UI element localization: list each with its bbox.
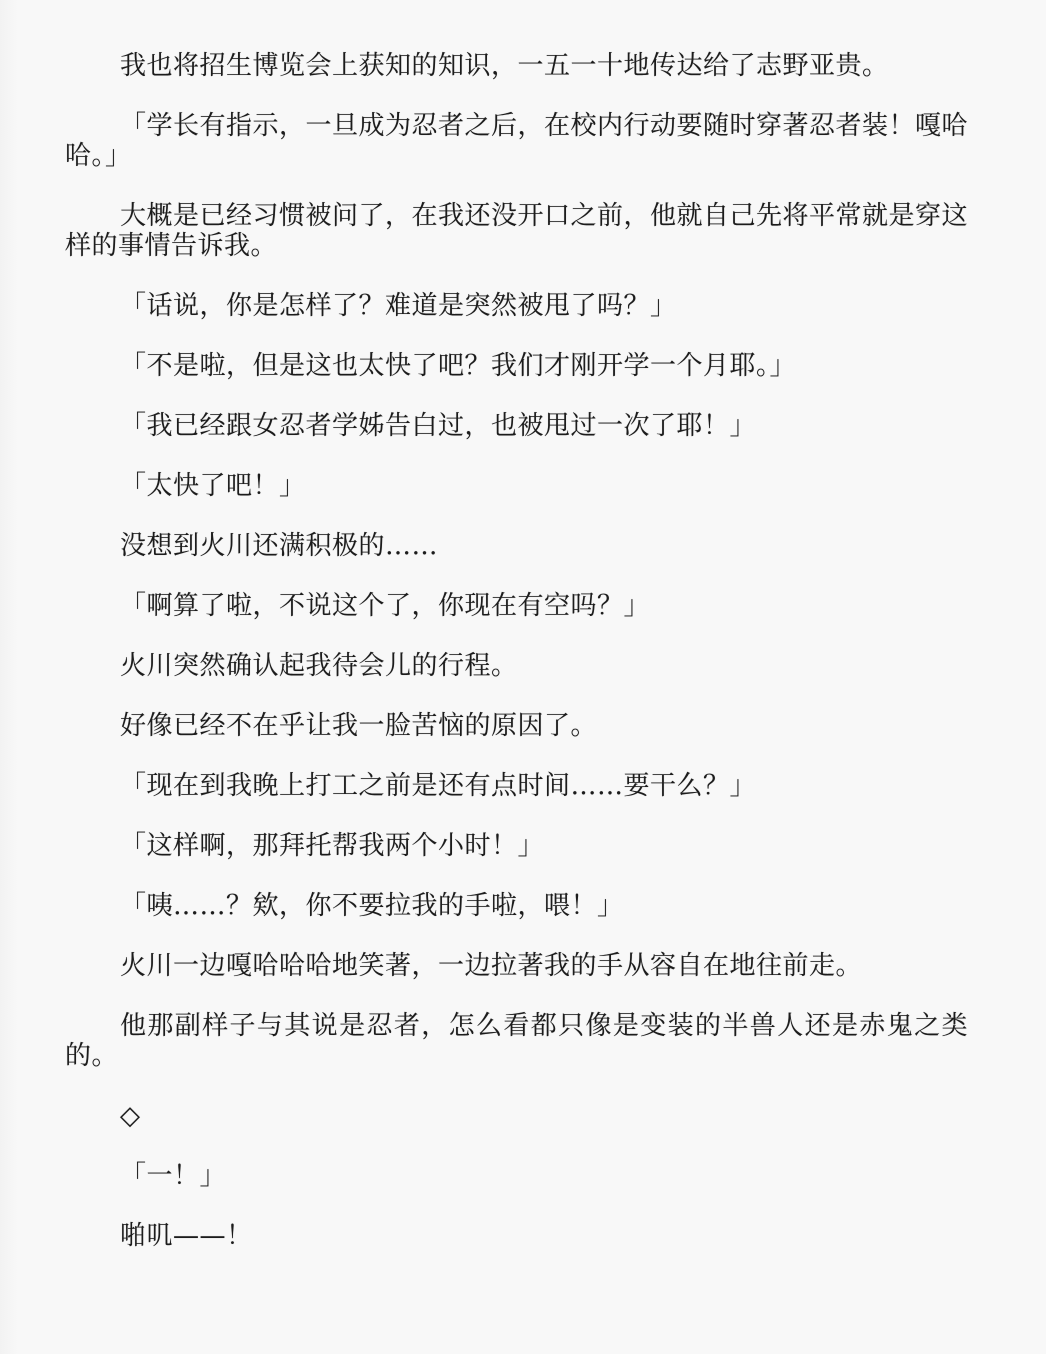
paragraph-9-dialogue: 「啊算了啦，不说这个了，你现在有空吗？」 bbox=[65, 591, 968, 621]
paragraph-1-narration: 我也将招生博览会上获知的知识，一五一十地传达给了志野亚贵。 bbox=[65, 51, 968, 81]
paragraph-12-dialogue: 「现在到我晚上打工之前是还有点时间……要干么？」 bbox=[65, 771, 968, 801]
paragraph-14-dialogue: 「咦……？欸，你不要拉我的手啦，喂！」 bbox=[65, 891, 968, 921]
paragraph-15-narration: 火川一边嘎哈哈哈地笑著，一边拉著我的手从容自在地往前走。 bbox=[65, 951, 968, 981]
paragraph-3-narration: 大概是已经习惯被问了，在我还没开口之前，他就自己先将平常就是穿这样的事情告诉我。 bbox=[65, 201, 968, 261]
paragraph-11-narration: 好像已经不在乎让我一脸苦恼的原因了。 bbox=[65, 711, 968, 741]
paragraph-5-dialogue: 「不是啦，但是这也太快了吧？我们才刚开学一个月耶。」 bbox=[65, 351, 968, 381]
paragraph-2-dialogue: 「学长有指示，一旦成为忍者之后，在校内行动要随时穿著忍者装！嘎哈哈。」 bbox=[65, 111, 968, 171]
paragraph-13-dialogue: 「这样啊，那拜托帮我两个小时！」 bbox=[65, 831, 968, 861]
text-column: 我也将招生博览会上获知的知识，一五一十地传达给了志野亚贵。「学长有指示，一旦成为… bbox=[65, 51, 968, 1251]
paragraph-6-dialogue: 「我已经跟女忍者学姊告白过，也被甩过一次了耶！」 bbox=[65, 411, 968, 441]
paragraph-16-narration: 他那副样子与其说是忍者，怎么看都只像是变装的半兽人还是赤鬼之类的。 bbox=[65, 1011, 968, 1071]
paragraph-8-narration: 没想到火川还满积极的…… bbox=[65, 531, 968, 561]
paragraph-17-scene-break: ◇ bbox=[65, 1101, 968, 1131]
paragraph-10-narration: 火川突然确认起我待会儿的行程。 bbox=[65, 651, 968, 681]
novel-page: 我也将招生博览会上获知的知识，一五一十地传达给了志野亚贵。「学长有指示，一旦成为… bbox=[0, 0, 1046, 1354]
paragraph-7-dialogue: 「太快了吧！」 bbox=[65, 471, 968, 501]
paragraph-4-dialogue: 「话说，你是怎样了？难道是突然被甩了吗？」 bbox=[65, 291, 968, 321]
paragraph-18-dialogue: 「一！」 bbox=[65, 1161, 968, 1191]
paragraph-19-sound-effect: 啪叽——！ bbox=[65, 1221, 968, 1251]
